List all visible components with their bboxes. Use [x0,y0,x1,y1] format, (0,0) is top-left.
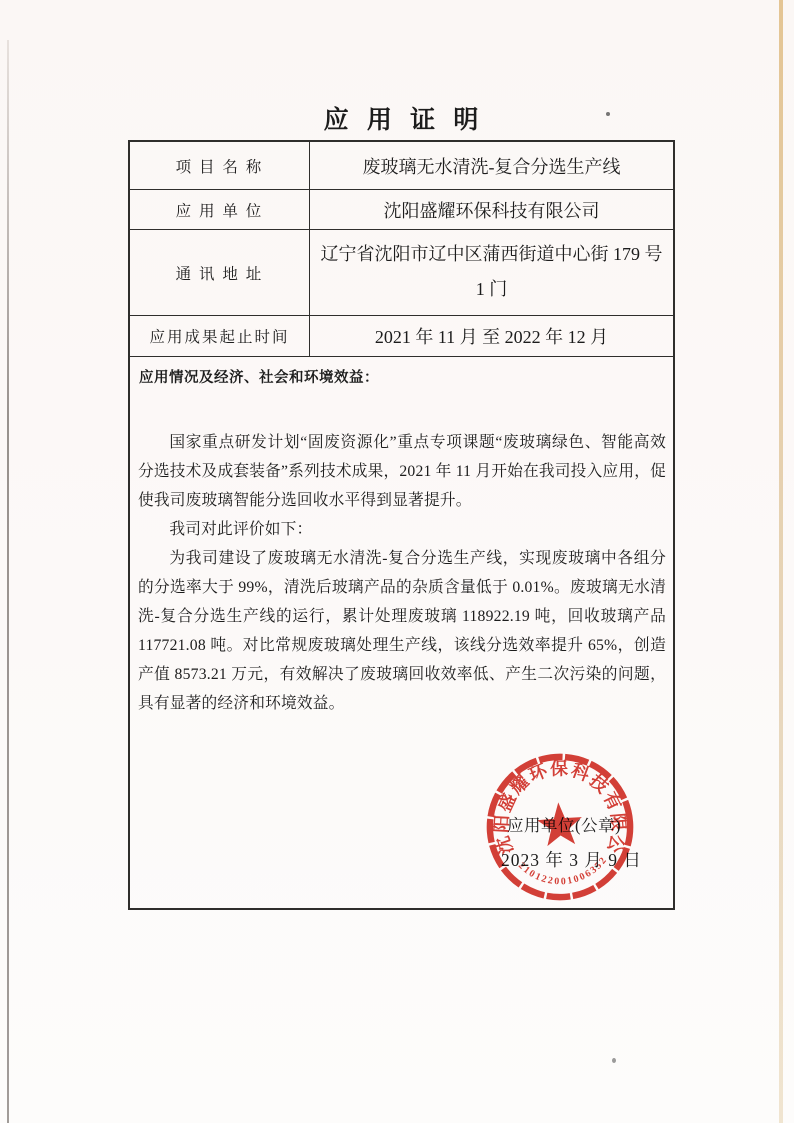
row-label: 应 用 单 位 [130,190,310,229]
seal-star [536,801,584,847]
scan-edge-right [779,0,783,1123]
row-label: 通 讯 地 址 [130,230,310,315]
svg-text:沈阳盛耀环保科技有限公司: 沈阳盛耀环保科技有限公司 [476,743,631,866]
row-value: 沈阳盛耀环保科技有限公司 [310,190,673,229]
scan-edge-left [7,40,9,1123]
table-row-application-unit: 应 用 单 位 沈阳盛耀环保科技有限公司 [130,190,673,230]
row-value: 废玻璃无水清洗-复合分选生产线 [310,142,673,189]
paragraph: 国家重点研发计划“固废资源化”重点专项课题“废玻璃绿色、智能高效分选技术及成套装… [138,428,666,515]
company-seal: 沈阳盛耀环保科技有限公司 210122001006352 [476,743,645,912]
address-line-2: 1 门 [476,280,508,300]
table-row-address: 通 讯 地 址 辽宁省沈阳市辽中区蒲西街道中心街 179 号 1 门 [130,230,673,316]
page-title: 应 用 证 明 [0,100,794,136]
address-line-1: 辽宁省沈阳市辽中区蒲西街道中心街 179 号 [321,245,663,265]
row-label: 项 目 名 称 [130,142,310,189]
body-paragraphs: 国家重点研发计划“固废资源化”重点专项课题“废玻璃绿色、智能高效分选技术及成套装… [138,428,666,718]
table-row-project-name: 项 目 名 称 废玻璃无水清洗-复合分选生产线 [130,142,673,190]
seal-company-text: 沈阳盛耀环保科技有限公司 [476,743,631,866]
row-value: 辽宁省沈阳市辽中区蒲西街道中心街 179 号 1 门 [310,230,673,315]
section-label: 应用情况及经济、社会和环境效益： [139,366,666,387]
scan-speck [612,1058,616,1063]
row-label: 应用成果起止时间 [130,316,310,356]
certificate-page: 应 用 证 明 项 目 名 称 废玻璃无水清洗-复合分选生产线 应 用 单 位 … [0,0,794,1123]
table-row-date-range: 应用成果起止时间 2021 年 11 月 至 2022 年 12 月 [130,316,673,357]
row-value: 2021 年 11 月 至 2022 年 12 月 [310,316,673,356]
paragraph: 我司对此评价如下： [138,515,666,544]
paragraph: 为我司建设了废玻璃无水清洗-复合分选生产线，实现废玻璃中各组分的分选率大于 99… [138,544,666,718]
